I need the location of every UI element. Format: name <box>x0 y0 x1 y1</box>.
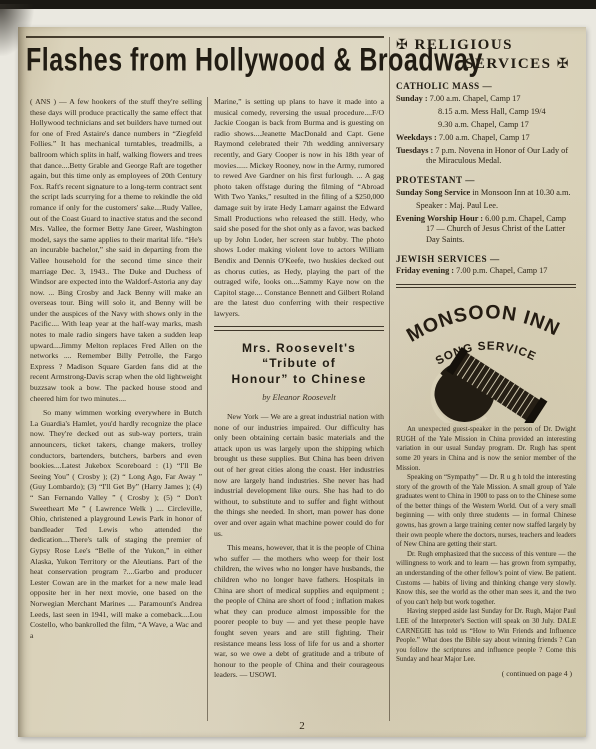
article-paragraph: Having stepped aside last Sunday for Dr.… <box>396 607 576 665</box>
monsoon-article: An unexpected guest-speaker in the perso… <box>396 425 576 678</box>
jewish-services-heading: JEWISH SERVICES — <box>396 254 576 264</box>
article-paragraph: Speaking on “Sympathy” — Dr. R u g h tol… <box>396 473 576 550</box>
maltese-cross-icon: ✠ <box>557 57 570 72</box>
column-divider-1 <box>207 97 208 721</box>
article-paragraph: So many wimmen working everywhere in But… <box>30 408 202 641</box>
service-entry: Tuesdays : 7 p.m. Novena in Honor of Our… <box>396 146 576 167</box>
service-entry: Evening Worship Hour : 6.00 p.m. Chapel,… <box>396 214 576 246</box>
article-paragraph: ( ANS ) — A few hookers of the stuff the… <box>30 97 202 404</box>
services-header-line1: ✠ RELIGIOUS <box>396 37 576 54</box>
article-paragraph: Marine,” is setting up plans to have it … <box>214 97 384 319</box>
roosevelt-headline-line2: Honour” to Chinese <box>216 372 382 388</box>
catholic-mass-heading: CATHOLIC MASS — <box>396 81 576 91</box>
maltese-cross-icon: ✠ <box>396 38 409 53</box>
page-number: 2 <box>18 720 586 732</box>
article-paragraph: An unexpected guest-speaker in the perso… <box>396 425 576 473</box>
service-entry: 8.15 a.m. Mess Hall, Camp 19/4 <box>396 107 576 118</box>
column-divider-2 <box>389 37 390 721</box>
services-separator-rule <box>396 284 576 289</box>
column-3: ✠ RELIGIOUS SERVICES ✠ CATHOLIC MASS — S… <box>396 37 576 733</box>
article-paragraph: This means, however, that it is the peop… <box>214 543 384 681</box>
column-2: Marine,” is setting up plans to have it … <box>214 97 384 733</box>
column-1: ( ANS ) — A few hookers of the stuff the… <box>30 97 202 733</box>
protestant-heading: PROTESTANT — <box>396 175 576 185</box>
service-entry: Friday evening : 7.00 p.m. Chapel, Camp … <box>396 266 576 277</box>
service-entry: Sunday : 7.00 a.m. Chapel, Camp 17 <box>396 94 576 105</box>
service-entry: Sunday Song Service in Monsoon Inn at 10… <box>396 188 576 199</box>
services-header-line2: SERVICES ✠ <box>396 56 576 73</box>
service-entry: Speaker : Maj. Paul Lee. <box>396 201 576 212</box>
article-separator-rule <box>214 326 384 331</box>
main-headline: Flashes from Hollywood & Broadway <box>26 36 384 71</box>
monsoon-arc-subtitle: SONG SERVICE <box>433 340 538 368</box>
byline: by Eleanor Roosevelt <box>214 392 384 403</box>
roosevelt-headline-line1: Mrs. Roosevelt's “Tribute of <box>216 341 382 372</box>
newspaper-page: Flashes from Hollywood & Broadway ( ANS … <box>18 27 586 737</box>
service-entry: Weekdays : 7.00 a.m. Chapel, Camp 17 <box>396 133 576 144</box>
service-entry: 9.30 a.m. Chapel, Camp 17 <box>396 120 576 131</box>
svg-text:SONG SERVICE: SONG SERVICE <box>433 340 538 368</box>
article-paragraph: New York — We are a great industrial nat… <box>214 412 384 539</box>
roosevelt-headline: Mrs. Roosevelt's “Tribute of Honour” to … <box>216 341 382 388</box>
continued-note: ( continued on page 4 ) <box>396 669 576 679</box>
scan-top-edge <box>0 0 596 9</box>
monsoon-inn-song-service-logo: MONSOON INN SONG SERVICE <box>402 292 570 423</box>
article-paragraph: Dr. Rugh emphasized that the success of … <box>396 550 576 608</box>
